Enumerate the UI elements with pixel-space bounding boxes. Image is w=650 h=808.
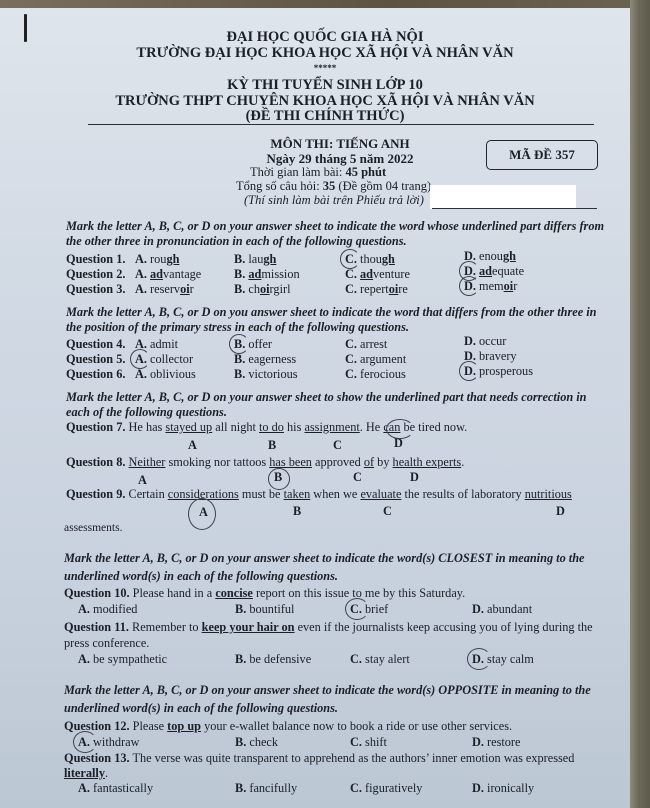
option-b[interactable]: B. bountiful — [235, 602, 294, 617]
underlined-word: literally — [64, 766, 105, 780]
option-text: collector — [150, 352, 193, 366]
underlined-phrase: top up — [167, 719, 201, 733]
option-letter: A. — [135, 367, 150, 381]
answer-circle-mark — [188, 498, 216, 530]
option-d[interactable]: D. abundant — [472, 602, 532, 617]
duration-label: Thời gian làm bài: — [250, 165, 345, 179]
question-label: Question 12. — [64, 719, 130, 733]
underlined-part: ad — [479, 264, 492, 278]
option-text: mem — [479, 279, 504, 293]
option-text: victorious — [248, 367, 297, 381]
option-d[interactable]: D. restore — [472, 735, 521, 750]
question-label: Question 3. — [66, 282, 125, 297]
option-text: figuratively — [365, 781, 422, 795]
option-letter: A. — [135, 282, 150, 296]
underlined-part: oi — [389, 282, 399, 296]
q8-letter-c[interactable]: C — [353, 470, 362, 485]
text: must be — [239, 487, 284, 501]
option-letter: C. — [350, 735, 365, 749]
section1-instruction-1: Mark the letter A, B, C, or D on your an… — [66, 219, 604, 234]
option-text: fantastically — [93, 781, 153, 795]
option-text: eagerness — [248, 352, 296, 366]
underlined-word: concise — [215, 586, 253, 600]
option-text: abundant — [487, 602, 532, 616]
option-letter: A. — [78, 602, 93, 616]
text: Certain — [125, 487, 167, 501]
option-text: admit — [150, 337, 178, 351]
answer-circle-mark — [345, 598, 369, 620]
option-text: be defensive — [249, 652, 311, 666]
section4-instruction-1: Mark the letter A, B, C, or D on your an… — [64, 551, 585, 566]
option-c[interactable]: C. repertoire — [345, 282, 408, 297]
official-label: (ĐỀ THI CHÍNH THỨC) — [0, 108, 650, 125]
q8-letter-a[interactable]: A — [138, 473, 147, 488]
section4-instruction-2: underlined word(s) in each of the follow… — [64, 569, 338, 584]
option-letter: A. — [78, 781, 93, 795]
option-text: fancifully — [249, 781, 297, 795]
question-label: Question 1. — [66, 252, 125, 267]
text: . — [105, 766, 108, 780]
underlined-d: nutritious — [525, 487, 572, 501]
section5-instruction-1: Mark the letter A, B, C, or D on your an… — [64, 683, 591, 698]
text: when we — [310, 487, 360, 501]
option-text: check — [249, 735, 278, 749]
underlined-part: gh — [503, 249, 516, 263]
option-c[interactable]: C. argument — [345, 352, 406, 367]
text: your e-wallet balance now to book a ride… — [201, 719, 512, 733]
option-text: vantage — [163, 267, 201, 281]
total-value: 35 — [323, 179, 336, 193]
underlined-b: taken — [284, 487, 311, 501]
option-text: r — [513, 279, 517, 293]
option-text: reserv — [150, 282, 180, 296]
exam-title: KỲ THI TUYỂN SINH LỚP 10 — [0, 77, 650, 94]
question-13: Question 13. The verse was quite transpa… — [64, 751, 574, 766]
text: . — [461, 455, 464, 469]
option-text: stay calm — [487, 652, 534, 666]
text: even if the journalists keep accusing yo… — [295, 620, 593, 634]
question-label: Question 2. — [66, 267, 125, 282]
option-text: ch — [248, 282, 260, 296]
total-label: Tổng số câu hỏi: — [236, 179, 323, 193]
question-label: Question 13. — [64, 751, 130, 765]
text: approved — [312, 455, 364, 469]
header-divider — [88, 124, 594, 125]
answer-circle-mark — [467, 648, 491, 670]
option-d[interactable]: D. occur — [464, 334, 506, 349]
option-letter: B. — [234, 352, 248, 366]
question-label: Question 6. — [66, 367, 125, 382]
question-label: Question 7. — [66, 420, 125, 434]
option-text: rou — [150, 252, 166, 266]
option-letter: B. — [234, 252, 248, 266]
question-label: Question 4. — [66, 337, 125, 352]
option-letter: B. — [234, 367, 248, 381]
option-text: rgirl — [270, 282, 291, 296]
text: . He — [360, 420, 384, 434]
exam-code: MÃ ĐỀ 357 — [509, 147, 575, 163]
option-b[interactable]: B. laugh — [234, 252, 276, 267]
option-text: bountiful — [249, 602, 294, 616]
q7-letter-b[interactable]: B — [268, 438, 276, 453]
option-letter: A. — [78, 652, 93, 666]
option-c[interactable]: C. stay alert — [350, 652, 410, 667]
option-text: modified — [93, 602, 137, 616]
option-letter: C. — [345, 282, 360, 296]
option-text: repert — [360, 282, 389, 296]
option-text: thou — [360, 252, 382, 266]
answer-circle-mark — [459, 276, 479, 296]
option-letter: C. — [350, 781, 365, 795]
underlined-part: oi — [260, 282, 270, 296]
total-suffix: (Đề gồm 04 trang) — [335, 179, 431, 193]
option-text: ironically — [487, 781, 534, 795]
option-letter: A. — [135, 267, 150, 281]
option-text: shift — [365, 735, 387, 749]
duration-value: 45 phút — [345, 165, 386, 179]
underlined-part: ad — [248, 267, 261, 281]
option-text: r — [190, 282, 194, 296]
option-text: restore — [487, 735, 520, 749]
school-name: TRƯỜNG ĐẠI HỌC KHOA HỌC XÃ HỘI VÀ NHÂN V… — [0, 45, 650, 62]
option-b[interactable]: B. admission — [234, 267, 300, 282]
background-top — [0, 0, 650, 8]
option-text: argument — [360, 352, 406, 366]
option-letter: C. — [345, 337, 360, 351]
exam-code-box: MÃ ĐỀ 357 — [486, 140, 598, 170]
option-letter: D. — [464, 334, 479, 348]
question-13-continued: literally. — [64, 766, 108, 781]
question-11-continued: press conference. — [64, 636, 149, 651]
answer-circle-mark — [73, 731, 97, 753]
option-text: enou — [479, 249, 503, 263]
option-c[interactable]: C. arrest — [345, 337, 387, 352]
section2-instruction-1: Mark the letter A, B, C, or D on you ans… — [66, 305, 597, 320]
option-letter: B. — [235, 652, 249, 666]
underlined-part: gh — [382, 252, 395, 266]
text: He has — [125, 420, 165, 434]
option-letter: C. — [345, 352, 360, 366]
underlined-part: oi — [504, 279, 514, 293]
option-c[interactable]: C. figuratively — [350, 781, 422, 796]
text: by — [374, 455, 392, 469]
question-10: Question 10. Please hand in a concise re… — [64, 586, 465, 601]
text: The verse was quite transparent to appre… — [130, 751, 575, 765]
answer-circle-mark — [459, 361, 479, 381]
q7-letter-c[interactable]: C — [333, 438, 342, 453]
q9-letter-b[interactable]: B — [293, 504, 301, 519]
option-text: oblivious — [150, 367, 196, 381]
underlined-phrase: keep your hair on — [202, 620, 295, 634]
redacted-area — [430, 185, 576, 209]
answer-circle-mark — [130, 349, 150, 369]
underlined-b: to do — [259, 420, 284, 434]
text: his — [284, 420, 305, 434]
option-text: equate — [492, 264, 524, 278]
option-letter: D. — [472, 781, 487, 795]
option-c[interactable]: C. ferocious — [345, 367, 406, 382]
option-b[interactable]: B. choirgirl — [234, 282, 291, 297]
option-c[interactable]: C. shift — [350, 735, 387, 750]
option-b[interactable]: B. fancifully — [235, 781, 297, 796]
option-a[interactable]: A. rough — [135, 252, 179, 267]
text: smoking nor tattoos — [165, 455, 269, 469]
option-b[interactable]: B. eagerness — [234, 352, 296, 367]
underlined-part: ad — [150, 267, 163, 281]
section3-instruction-2: each of the following questions. — [66, 405, 227, 420]
option-letter: B. — [234, 282, 248, 296]
option-letter: C. — [345, 367, 360, 381]
option-b[interactable]: B. be defensive — [235, 652, 311, 667]
underlined-c: evaluate — [360, 487, 401, 501]
underlined-part: ad — [360, 267, 373, 281]
section2-instruction-2: the position of the primary stress in ea… — [66, 320, 409, 335]
option-letter: C. — [345, 267, 360, 281]
option-c[interactable]: C. adventure — [345, 267, 410, 282]
option-text: prosperous — [479, 364, 533, 378]
option-text: offer — [248, 337, 272, 351]
total-questions: Tổng số câu hỏi: 35 (Đề gồm 04 trang) — [236, 179, 431, 194]
exam-note: (Thí sinh làm bài trên Phiếu trả lời) — [244, 193, 424, 208]
option-letter: D. — [472, 602, 487, 616]
question-9-continued: assessments. — [64, 522, 122, 534]
section1-instruction-2: the other three in pronunciation in each… — [66, 234, 407, 249]
text: all night — [212, 420, 259, 434]
text: Please — [130, 719, 168, 733]
option-letter: D. — [472, 735, 487, 749]
section5-instruction-2: underlined word(s) in each of the follow… — [64, 701, 338, 716]
question-label: Question 11. — [64, 620, 129, 634]
underlined-a: stayed up — [165, 420, 212, 434]
answer-circle-mark — [340, 249, 360, 269]
underlined-part: gh — [166, 252, 179, 266]
option-letter: B. — [234, 267, 248, 281]
underlined-d: health experts — [393, 455, 462, 469]
option-a[interactable]: A. reservoir — [135, 282, 194, 297]
header-stars: ***** — [0, 63, 650, 73]
question-label: Question 5. — [66, 352, 125, 367]
question-label: Question 10. — [64, 586, 130, 600]
option-text: lau — [248, 252, 263, 266]
underlined-part: gh — [263, 252, 276, 266]
option-text: venture — [373, 267, 410, 281]
question-8: Question 8. Neither smoking nor tattoos … — [66, 455, 464, 470]
option-text: mission — [261, 267, 299, 281]
question-9: Question 9. Certain considerations must … — [66, 487, 572, 502]
option-a[interactable]: A. modified — [78, 602, 137, 617]
option-text: bravery — [479, 349, 517, 363]
option-b[interactable]: B. victorious — [234, 367, 298, 382]
q8-letter-d[interactable]: D — [410, 470, 419, 485]
option-letter: C. — [350, 652, 365, 666]
option-b[interactable]: B. check — [235, 735, 278, 750]
option-letter: B. — [235, 781, 249, 795]
option-a[interactable]: A. fantastically — [78, 781, 153, 796]
university-name: ĐẠI HỌC QUỐC GIA HÀ NỘI — [0, 29, 650, 46]
option-a[interactable]: A. oblivious — [135, 367, 196, 382]
question-label: Question 8. — [66, 455, 125, 469]
option-text: withdraw — [93, 735, 139, 749]
option-text: arrest — [360, 337, 387, 351]
option-letter: B. — [235, 735, 249, 749]
question-label: Question 9. — [66, 487, 125, 501]
subject: MÔN THI: TIẾNG ANH — [230, 136, 450, 152]
section3-instruction-1: Mark the letter A, B, C, or D on your an… — [66, 390, 587, 405]
option-text: occur — [479, 334, 506, 348]
duration: Thời gian làm bài: 45 phút — [250, 165, 386, 180]
question-12: Question 12. Please top up your e-wallet… — [64, 719, 512, 734]
q9-letter-c[interactable]: C — [383, 504, 392, 519]
question-11: Question 11. Remember to keep your hair … — [64, 620, 593, 635]
q7-letter-a[interactable]: A — [188, 438, 197, 453]
option-a[interactable]: A. advantage — [135, 267, 201, 282]
q9-letter-d[interactable]: D — [556, 504, 565, 519]
option-text: re — [398, 282, 408, 296]
option-text: ferocious — [360, 367, 406, 381]
option-text: stay alert — [365, 652, 410, 666]
option-d[interactable]: D. ironically — [472, 781, 534, 796]
option-a[interactable]: A. be sympathetic — [78, 652, 167, 667]
option-text: be sympathetic — [93, 652, 167, 666]
answer-circle-mark — [229, 334, 249, 354]
underlined-b: has been — [269, 455, 312, 469]
text: Remember to — [129, 620, 202, 634]
underlined-c: assignment — [304, 420, 359, 434]
underlined-part: oi — [180, 282, 190, 296]
option-letter: B. — [235, 602, 249, 616]
underlined-a: Neither — [129, 455, 166, 469]
text: Please hand in a — [130, 586, 216, 600]
underlined-c: of — [364, 455, 374, 469]
answer-circle-mark — [386, 419, 414, 439]
text: the results of laboratory — [401, 487, 524, 501]
info-divider — [432, 208, 597, 209]
option-letter: A. — [135, 252, 150, 266]
